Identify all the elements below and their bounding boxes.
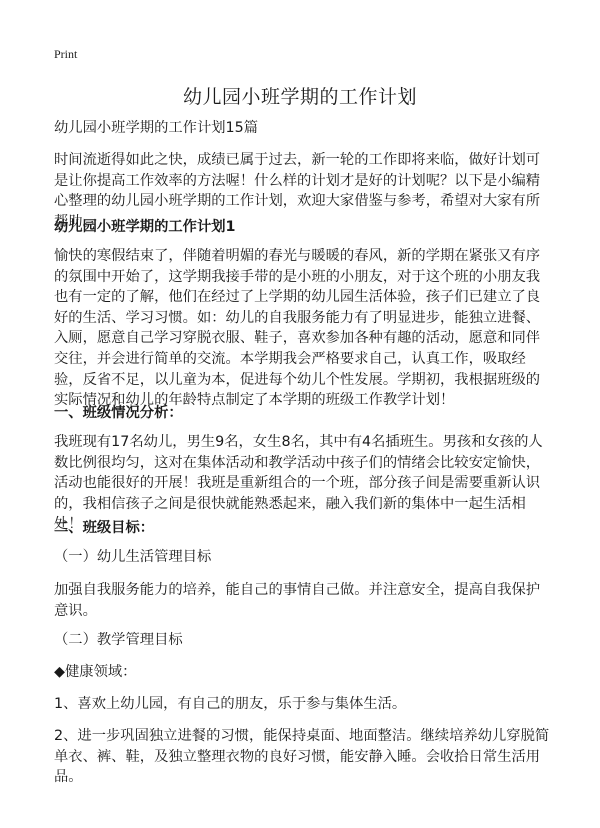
section-heading-1: 幼儿园小班学期的工作计划1 (54, 217, 554, 238)
goal1-heading: （一）幼儿生活管理目标 (54, 547, 554, 568)
list-item-1: 1、喜欢上幼儿园，有自己的朋友，乐于参与集体生活。 (54, 694, 554, 715)
heading-class-goals: 二、班级目标： (54, 518, 554, 539)
section1-paragraph: 愉快的寒假结束了，伴随着明媚的春光与暖暖的春风，新的学期在紧张又有序的氛围中开始… (54, 246, 554, 411)
print-link[interactable]: Print (54, 47, 77, 62)
heading-class-analysis: 一、班级情况分析： (54, 403, 554, 424)
list-item-2: 2、进一步巩固独立进餐的习惯，能保持桌面、地面整洁。继续培养幼儿穿脱简单衣、裤、… (54, 726, 554, 788)
goal1-paragraph: 加强自我服务能力的培养，能自己的事情自己做。并注意安全，提高自我保护意识。 (54, 580, 554, 621)
subtitle: 幼儿园小班学期的工作计划15篇 (54, 118, 554, 139)
page-title: 幼儿园小班学期的工作计划 (54, 82, 546, 109)
health-domain-label: ◆健康领域： (54, 662, 554, 683)
goal2-heading: （二）教学管理目标 (54, 630, 554, 651)
